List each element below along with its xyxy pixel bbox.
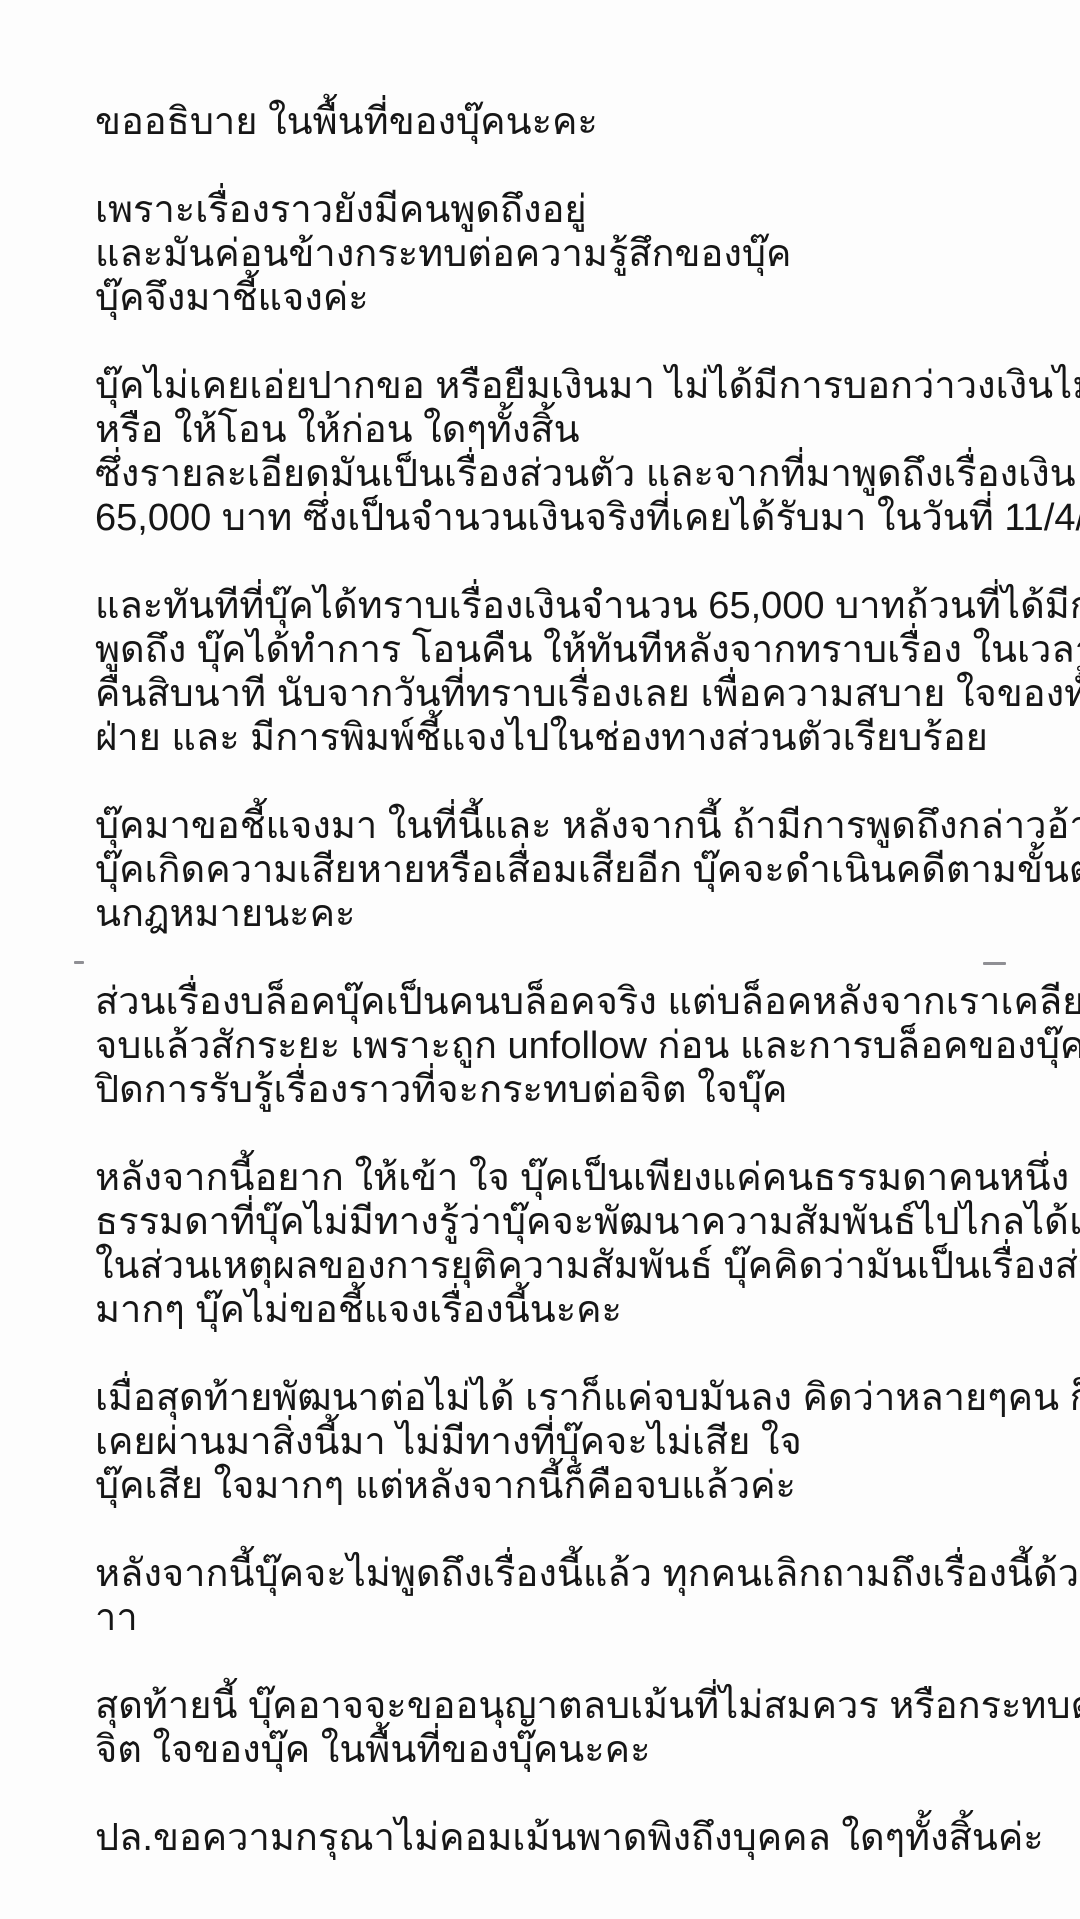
paragraph: เมื่อสุดท้ายพัฒนาต่อไม่ได้ เราก็แค่จบมัน… [95, 1376, 1060, 1508]
text-line: ฝ่าย และ มีการพิมพ์ชี้แจงไปในช่องทางส่วน… [95, 716, 1060, 760]
text-line: ซึ่งรายละเอียดมันเป็นเรื่องส่วนตัว และจา… [95, 452, 1060, 496]
text-line: จิต ใจของบุ๊ค ในพื้นที่ของบุ๊คนะคะ [95, 1728, 1060, 1772]
paragraph: บุ๊คไม่เคยเอ่ยปากขอ หรือยืมเงินมา ไม่ได้… [95, 364, 1060, 540]
text-line: เพราะเรื่องราวยังมีคนพูดถึงอยู่ [95, 188, 1060, 232]
text-line: จบแล้วสักระยะ เพราะถูก unfollow ก่อน และ… [95, 1024, 1060, 1068]
paragraph: หลังจากนี้อยาก ให้เข้า ใจ บุ๊คเป็นเพียงแ… [95, 1156, 1060, 1332]
left-seam-dash [74, 961, 84, 964]
text-line: คืนสิบนาที นับจากวันที่ทราบเรื่องเลย เพื… [95, 672, 1060, 716]
text-line: มากๆ บุ๊คไม่ขอชี้แจงเรื่องนี้นะคะ [95, 1288, 1060, 1332]
text-line: หรือ ให้โอน ให้ก่อน ใดๆทั้งสิ้น [95, 408, 1060, 452]
text-line: ขออธิบาย ในพื้นที่ของบุ๊คนะคะ [95, 100, 1060, 144]
text-line: บุ๊คจึงมาชี้แจงค่ะ [95, 276, 1060, 320]
text-line: ธรรมดาที่บุ๊คไม่มีทางรู้ว่าบุ๊คจะพัฒนาคว… [95, 1200, 1060, 1244]
right-seam-dash [983, 962, 1006, 965]
statement-screenshot: ขออธิบาย ในพื้นที่ของบุ๊คนะคะเพราะเรื่อง… [0, 0, 1080, 1919]
paragraph: บุ๊คมาขอชี้แจงมา ในที่นี้และ หลังจากนี้ … [95, 804, 1060, 936]
text-line: บุ๊คไม่เคยเอ่ยปากขอ หรือยืมเงินมา ไม่ได้… [95, 364, 1060, 408]
text-line: หลังจากนี้บุ๊คจะไม่พูดถึงเรื่องนี้แล้ว ท… [95, 1552, 1060, 1596]
text-line: พูดถึง บุ๊คได้ทำการ โอนคืน ให้ทันทีหลังจ… [95, 628, 1060, 672]
paragraph: ส่วนเรื่องบล็อคบุ๊คเป็นคนบล็อคจริง แต่บล… [95, 980, 1060, 1112]
text-line: บุ๊คเสีย ใจมากๆ แต่หลังจากนี้ก็คือจบแล้ว… [95, 1464, 1060, 1508]
text-line: บุ๊คมาขอชี้แจงมา ในที่นี้และ หลังจากนี้ … [95, 804, 1060, 848]
text-line: และทันทีที่บุ๊คได้ทราบเรื่องเงินจำนวน 65… [95, 584, 1060, 628]
paragraph: หลังจากนี้บุ๊คจะไม่พูดถึงเรื่องนี้แล้ว ท… [95, 1552, 1060, 1640]
text-line: หลังจากนี้อยาก ให้เข้า ใจ บุ๊คเป็นเพียงแ… [95, 1156, 1060, 1200]
text-line: สุดท้ายนี้ บุ๊คอาจจะขออนุญาตลบเม้นที่ไม่… [95, 1684, 1060, 1728]
text-line: เมื่อสุดท้ายพัฒนาต่อไม่ได้ เราก็แค่จบมัน… [95, 1376, 1060, 1420]
text-line: บุ๊คเกิดความเสียหายหรือเสื่อมเสียอีก บุ๊… [95, 848, 1060, 892]
text-line: ในส่วนเหตุผลของการยุติความสัมพันธ์ บุ๊คค… [95, 1244, 1060, 1288]
paragraph: ขออธิบาย ในพื้นที่ของบุ๊คนะคะ [95, 100, 1060, 144]
paragraph: ปล.ขอความกรุณาไม่คอมเม้นพาดพิงถึงบุคคล ใ… [95, 1816, 1060, 1860]
text-line: เคยผ่านมาสิ่งนี้มา ไม่มีทางที่บุ๊คจะไม่เ… [95, 1420, 1060, 1464]
text-line: ปิดการรับรู้เรื่องราวที่จะกระทบต่อจิต ใจ… [95, 1068, 1060, 1112]
paragraph: และทันทีที่บุ๊คได้ทราบเรื่องเงินจำนวน 65… [95, 584, 1060, 760]
text-line: และมันค่อนข้างกระทบต่อความรู้สึกของบุ๊ค [95, 232, 1060, 276]
text-line: าา [95, 1596, 1060, 1640]
text-line: ส่วนเรื่องบล็อคบุ๊คเป็นคนบล็อคจริง แต่บล… [95, 980, 1060, 1024]
text-line: 65,000 บาท ซึ่งเป็นจำนวนเงินจริงที่เคยได… [95, 496, 1060, 540]
paragraph: สุดท้ายนี้ บุ๊คอาจจะขออนุญาตลบเม้นที่ไม่… [95, 1684, 1060, 1772]
paragraph: เพราะเรื่องราวยังมีคนพูดถึงอยู่และมันค่อ… [95, 188, 1060, 320]
text-line: นกฎหมายนะคะ [95, 892, 1060, 936]
document-body: ขออธิบาย ในพื้นที่ของบุ๊คนะคะเพราะเรื่อง… [95, 100, 1060, 1904]
text-line: ปล.ขอความกรุณาไม่คอมเม้นพาดพิงถึงบุคคล ใ… [95, 1816, 1060, 1860]
